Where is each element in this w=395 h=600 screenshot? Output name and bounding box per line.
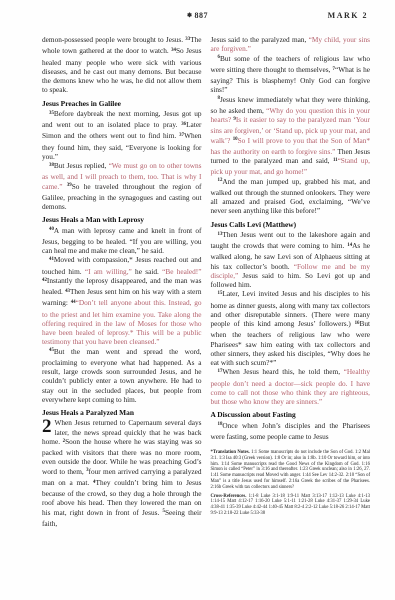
verse-paragraph: 35Before daybreak the next morning, Jesu… — [42, 109, 202, 161]
verse-paragraph: 45But the man went and spread the word, … — [42, 347, 202, 405]
running-head: ✽887 MARK 2 — [0, 11, 395, 25]
body-text: Once when John’s disciples and the Phari… — [211, 421, 371, 441]
cross-references: Cross-References. 1:1-8 Luke 3:1-18 1:9-… — [211, 494, 371, 517]
body-text: A man with leprosy came and knelt in fro… — [42, 226, 202, 256]
body-text: Jesus said to the paralyzed man, — [211, 35, 309, 44]
verse-number: 13 — [218, 232, 223, 237]
verse-paragraph: 18Once when John’s disciples and the Pha… — [211, 421, 371, 442]
verse-number: 39 — [67, 183, 72, 188]
verse-paragraph: 13Then Jesus went out to the lakeshore a… — [211, 230, 371, 290]
verse-number: 14 — [347, 243, 352, 248]
text-columns: demon-possessed people were brought to J… — [42, 35, 370, 528]
verse-number: 15 — [218, 291, 223, 296]
verse-number: 12 — [218, 178, 223, 183]
verse-number: 10 — [233, 137, 238, 142]
book-chapter-label: MARK 2 — [328, 11, 368, 20]
verse-number: 6 — [218, 55, 220, 60]
verse-number: 11 — [333, 158, 338, 163]
column-left: demon-possessed people were brought to J… — [42, 35, 202, 528]
verse-paragraph: 6But some of the teachers of religious l… — [211, 54, 371, 95]
body-text: When Jesus heard this, he told them, — [222, 367, 343, 376]
verse-number: 35 — [49, 111, 54, 116]
verse-number: 34 — [171, 48, 176, 53]
verse-number: 40 — [49, 227, 54, 232]
verse-paragraph: 41Moved with compassion,* Jesus reached … — [42, 255, 202, 346]
page-ornament-icon: ✽ — [187, 13, 193, 19]
body-text: But Jesus replied, — [54, 161, 109, 170]
verse-number: 17 — [218, 369, 223, 374]
notes-label: *Translation Notes. — [211, 450, 250, 455]
verse-number: 42 — [42, 278, 47, 283]
red-letter-text: “I am willing,” — [85, 267, 132, 276]
verse-paragraph: 17When Jesus heard this, he told them, “… — [211, 367, 371, 406]
verse-paragraph: 8Jesus knew immediately what they were t… — [211, 95, 371, 177]
verse-number: 41 — [49, 257, 54, 262]
body-text: Later, Levi invited Jesus and his discip… — [211, 289, 371, 328]
verse-number: 3 — [86, 468, 88, 473]
verse-paragraph: 2When Jesus returned to Capernaum severa… — [42, 418, 202, 528]
verse-paragraph: 15Later, Levi invited Jesus and his disc… — [211, 289, 371, 367]
verse-number: 9 — [233, 117, 235, 122]
body-text: he said. — [132, 267, 162, 276]
section-heading: Jesus Heals a Man with Leprosy — [42, 215, 202, 224]
chapter-number: 2 — [42, 419, 52, 434]
verse-number: 37 — [179, 133, 184, 138]
verse-number: 5 — [163, 509, 165, 514]
bible-page: ✽887 MARK 2 demon-possessed people were … — [0, 0, 395, 600]
section-heading: Jesus Heals a Paralyzed Man — [42, 408, 202, 417]
section-heading: Jesus Preaches in Galilee — [42, 99, 202, 108]
verse-paragraph: demon-possessed people were brought to J… — [42, 35, 202, 95]
verse-paragraph: 40A man with leprosy came and knelt in f… — [42, 226, 202, 256]
verse-number: 44 — [71, 300, 76, 305]
section-heading: Jesus Calls Levi (Matthew) — [211, 220, 371, 229]
footnotes: *Translation Notes. 1:1 Some manuscripts… — [211, 450, 371, 517]
verse-paragraph: 38But Jesus replied, “We must go on to o… — [42, 161, 202, 211]
column-right: Jesus said to the paralyzed man, “My chi… — [211, 35, 371, 528]
verse-number: 8 — [218, 96, 220, 101]
red-letter-text: “Be healed!” — [162, 267, 201, 276]
verse-number: 36 — [181, 122, 186, 127]
translation-notes: *Translation Notes. 1:1 Some manuscripts… — [211, 450, 371, 491]
verse-number: 43 — [65, 289, 70, 294]
body-text: But the man went and spread the word, pr… — [42, 347, 202, 404]
body-text: And the man jumped up, grabbed his mat, … — [211, 177, 371, 216]
verse-number: 18 — [218, 422, 223, 427]
page-number-text: 887 — [195, 11, 209, 20]
verse-paragraph: 12And the man jumped up, grabbed his mat… — [211, 177, 371, 216]
notes-label: Cross-References. — [211, 494, 247, 499]
verse-number: 2 — [63, 439, 65, 444]
body-text: Before daybreak the next morning, Jesus … — [42, 109, 202, 129]
verse-number: 7 — [333, 67, 335, 72]
section-heading: A Discussion about Fasting — [211, 410, 371, 419]
verse-number: 33 — [185, 37, 190, 42]
verse-number: 4 — [93, 480, 95, 485]
body-text: demon-possessed people were brought to J… — [42, 35, 185, 44]
verse-number: 45 — [49, 348, 54, 353]
verse-number: 16 — [355, 321, 360, 326]
verse-paragraph: Jesus said to the paralyzed man, “My chi… — [211, 35, 371, 54]
verse-number: 38 — [49, 163, 54, 168]
